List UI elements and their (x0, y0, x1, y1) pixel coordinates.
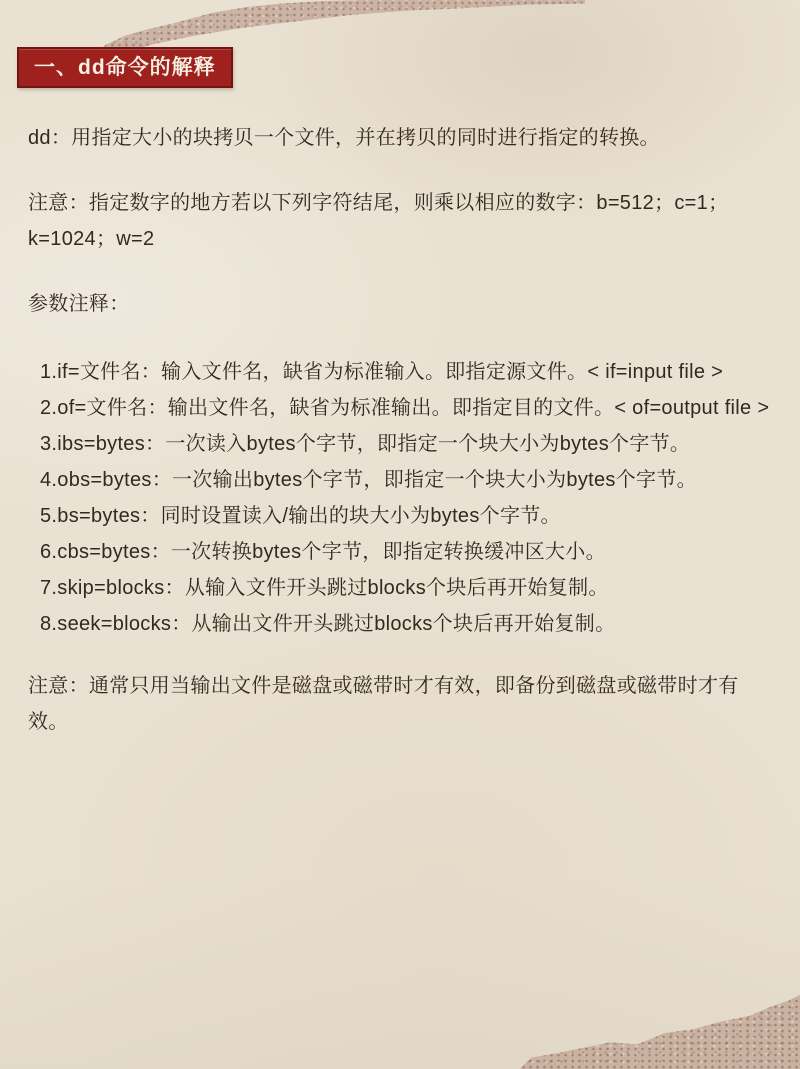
param-item-bs: 5.bs=bytes：同时设置读入/输出的块大小为bytes个字节。 (40, 498, 774, 534)
param-item-ibs: 3.ibs=bytes：一次读入bytes个字节，即指定一个块大小为bytes个… (40, 426, 774, 462)
param-number: 8. (40, 613, 57, 635)
torn-paper-corner-texture (520, 974, 800, 1069)
param-item-seek: 8.seek=blocks：从输出文件开头跳过blocks个块后再开始复制。 (40, 606, 774, 642)
param-text: skip=blocks：从输入文件开头跳过blocks个块后再开始复制。 (57, 577, 608, 599)
param-text: seek=blocks：从输出文件开头跳过blocks个块后再开始复制。 (57, 613, 615, 635)
param-number: 4. (40, 469, 57, 491)
param-text: obs=bytes：一次输出bytes个字节，即指定一个块大小为bytes个字节… (57, 469, 697, 491)
params-list: 1.if=文件名：输入文件名，缺省为标准输入。即指定源文件。< if=input… (28, 354, 774, 642)
param-text: if=文件名：输入文件名，缺省为标准输入。即指定源文件。< if=input f… (57, 361, 723, 383)
tutorial-card: 一、dd命令的解释 dd：用指定大小的块拷贝一个文件，并在拷贝的同时进行指定的转… (0, 0, 800, 1069)
param-item-of: 2.of=文件名：输出文件名，缺省为标准输出。即指定目的文件。< of=outp… (40, 390, 774, 426)
param-text: of=文件名：输出文件名，缺省为标准输出。即指定目的文件。< of=output… (57, 397, 769, 419)
section-title-badge: 一、dd命令的解释 (17, 47, 233, 88)
param-item-obs: 4.obs=bytes：一次输出bytes个字节，即指定一个块大小为bytes个… (40, 462, 774, 498)
param-item-skip: 7.skip=blocks：从输入文件开头跳过blocks个块后再开始复制。 (40, 570, 774, 606)
param-number: 3. (40, 433, 57, 455)
param-number: 6. (40, 541, 57, 563)
param-text: bs=bytes：同时设置读入/输出的块大小为bytes个字节。 (57, 505, 561, 527)
params-heading: 参数注释： (28, 286, 774, 322)
card-body: dd：用指定大小的块拷贝一个文件，并在拷贝的同时进行指定的转换。 注意：指定数字… (28, 120, 774, 769)
param-text: ibs=bytes：一次读入bytes个字节，即指定一个块大小为bytes个字节… (57, 433, 690, 455)
param-text: cbs=bytes：一次转换bytes个字节，即指定转换缓冲区大小。 (57, 541, 606, 563)
param-number: 2. (40, 397, 57, 419)
param-number: 1. (40, 361, 57, 383)
param-item-cbs: 6.cbs=bytes：一次转换bytes个字节，即指定转换缓冲区大小。 (40, 534, 774, 570)
multiplier-note: 注意：指定数字的地方若以下列字符结尾，则乘以相应的数字：b=512；c=1；k=… (28, 185, 774, 257)
param-number: 5. (40, 505, 57, 527)
param-item-if: 1.if=文件名：输入文件名，缺省为标准输入。即指定源文件。< if=input… (40, 354, 774, 390)
param-number: 7. (40, 577, 57, 599)
output-note: 注意：通常只用当输出文件是磁盘或磁带时才有效，即备份到磁盘或磁带时才有效。 (28, 668, 774, 740)
intro-paragraph: dd：用指定大小的块拷贝一个文件，并在拷贝的同时进行指定的转换。 (28, 120, 774, 156)
